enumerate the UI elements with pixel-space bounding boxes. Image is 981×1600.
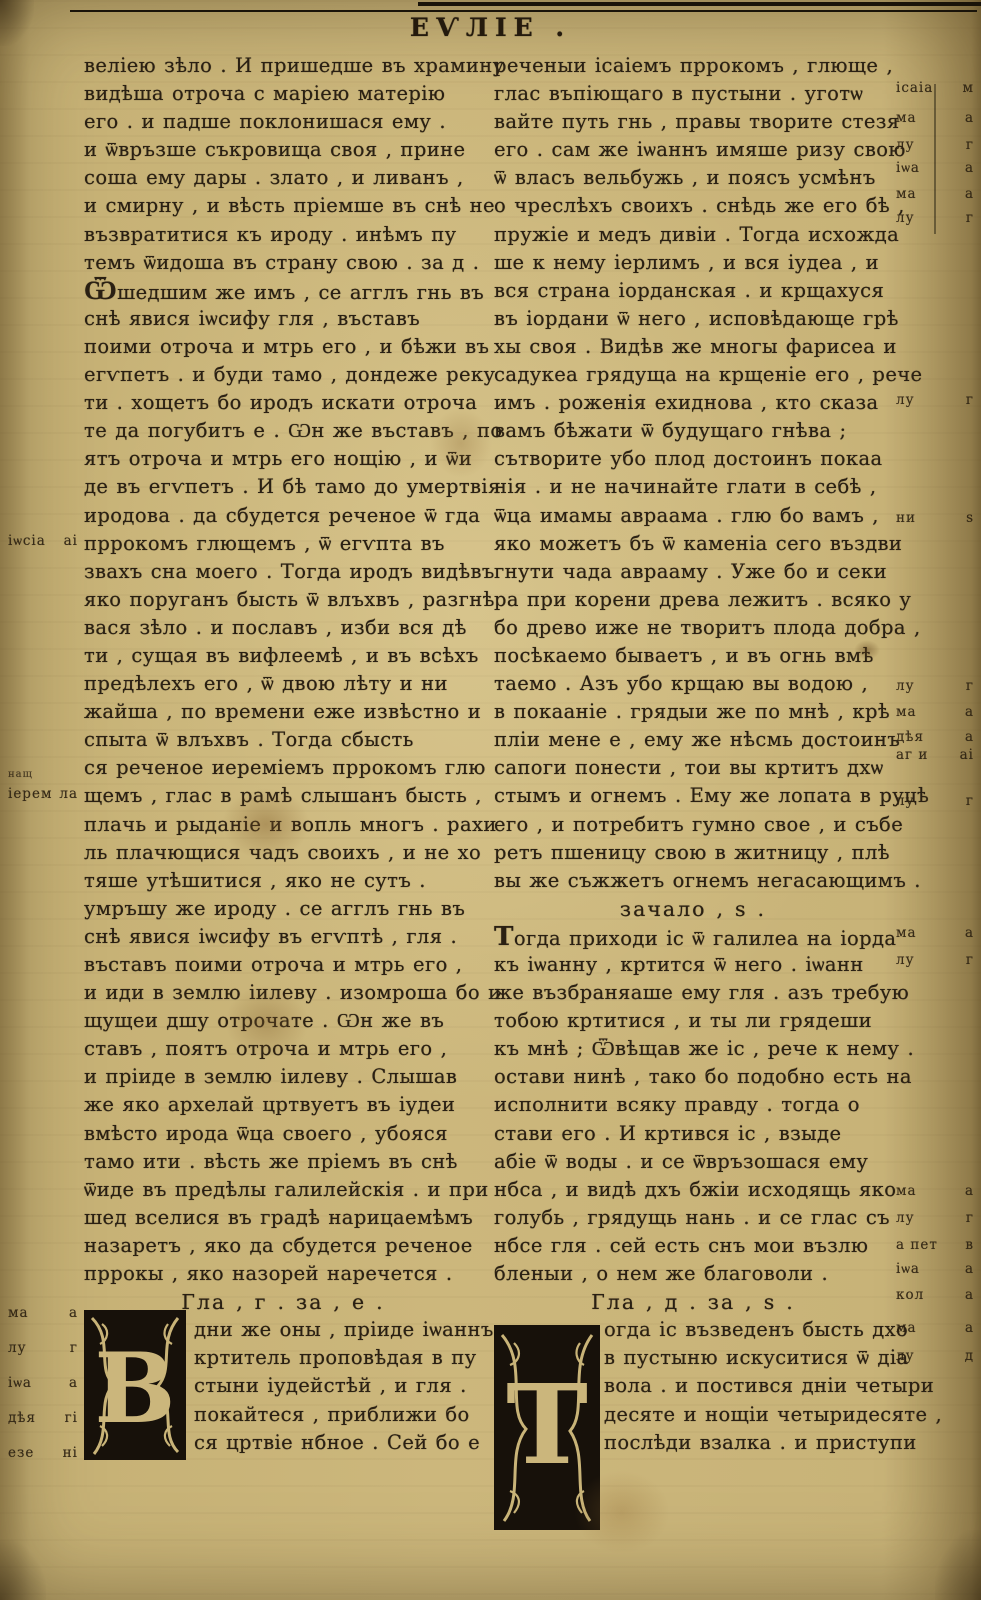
margin-note-book: аг и [896, 747, 928, 763]
text-line: и пріиде в землю іилеву . Слышав [84, 1063, 482, 1091]
margin-note-book: іѡсіа [8, 533, 46, 549]
margin-note-book: кол [896, 1287, 924, 1303]
column-left: веліею зѣло . И пришедше въ храминувидѣш… [84, 52, 482, 1457]
margin-note: езені [8, 1445, 78, 1461]
text-line: остави нинѣ , тако бо подобно есть на [494, 1063, 892, 1091]
margin-note-number: м [962, 80, 974, 96]
text-line: вся страна іорданская . и крщахуся [494, 277, 892, 305]
text-line: абіе ѿ воды . и се ѿвръзошася ему [494, 1148, 892, 1176]
margin-note: маа [896, 110, 974, 126]
text-line: спыта ѿ влъхвъ . Тогда сбысть [84, 726, 482, 754]
margin-note: маа [896, 1183, 974, 1199]
woodcut-initial-t: Т [494, 1325, 600, 1530]
margin-note: луг [896, 1210, 974, 1226]
running-head: ЕѴЛІЕ . [0, 13, 981, 42]
margin-note-number: ла [59, 786, 78, 802]
margin-note: маа [896, 704, 974, 720]
margin-note: маа [896, 925, 974, 941]
text-line: и ѿвръзше съкровища своя , прине [84, 136, 482, 164]
text-line: снѣ явися іѡсифу гля , въставъ [84, 305, 482, 333]
margin-note-book: лу [896, 1348, 915, 1364]
text-line: темъ ѿидоша въ страну свою . за д . [84, 249, 482, 277]
text-line: егѵпетъ . и буди тамо , дондеже реку [84, 361, 482, 389]
margin-note: ниѕ [896, 510, 974, 526]
text-line: покайтеся , приближи бо [194, 1401, 482, 1429]
text-line: нбса , и видѣ дхъ бжіи исходящь яко [494, 1176, 892, 1204]
margin-note-number: г [966, 1210, 974, 1226]
margin-note-number: а [965, 1261, 974, 1277]
text-line: къ іѡанну , кртится ѿ него . іѡанн [494, 951, 892, 979]
text-line: пліи мене е , ему же нѣсмь достоинъ [494, 726, 892, 754]
text-line: ти . хощетъ бо иродъ искати отроча [84, 389, 482, 417]
margin-note: маа [896, 186, 974, 202]
text-line: дни же оны , пріиде іѡаннъ [194, 1316, 482, 1344]
margin-note: нащ [8, 769, 78, 780]
text-line: садукеа грядуща на крщеніе его , рече [494, 361, 892, 389]
text-line: вася зѣло . и пославъ , изби вся дѣ [84, 614, 482, 642]
margin-note-number: в [965, 1237, 974, 1253]
margin-note: луг [8, 1340, 78, 1356]
text-line: вамъ бѣжати ѿ будущаго гнѣва ; [494, 417, 892, 445]
margin-note: іѡсіааі [8, 533, 78, 549]
margin-note-book: ма [896, 1320, 917, 1336]
text-line: въ іордани ѿ него , исповѣдающе грѣ [494, 305, 892, 333]
margin-note-book: ісаіа [896, 80, 933, 96]
margin-note-number: а [965, 160, 974, 176]
margin-note-book: ни [896, 510, 916, 526]
text-line: бленыи , о нем же благоволи . [494, 1260, 892, 1288]
text-line: назаретъ , яко да сбудется реченое [84, 1232, 482, 1260]
margin-note-number: а [965, 1287, 974, 1303]
text-line: и иди в землю іилеву . изомроша бо и [84, 979, 482, 1007]
text-line: его . сам же іѡаннъ имяше ризу свою [494, 136, 892, 164]
woodcut-initial-v: В [84, 1310, 186, 1460]
margin-note: іѡаа [8, 1375, 78, 1391]
text-line: сътворите убо плод достоинъ покаа [494, 445, 892, 473]
margin-note-number: а [965, 110, 974, 126]
margin-note-number: а [69, 1305, 78, 1321]
text-line: щущеи дшу отрочате . Ѡн же въ [84, 1007, 482, 1035]
margin-note-number: г [966, 678, 974, 694]
margin-note-number: а [965, 925, 974, 941]
section-heading: Гла , д . за , ѕ . [494, 1288, 892, 1316]
margin-note: луг [896, 392, 974, 408]
text-line: видѣша отроча с маріею матерію [84, 80, 482, 108]
text-line: вола . и постився дніи четыри [604, 1372, 892, 1400]
text-line: щемъ , глас в рамѣ слышанъ бысть , [84, 782, 482, 810]
margin-note: маа [896, 1320, 974, 1336]
text-line: глас въпіющаго в пустыни . уготѡ [494, 80, 892, 108]
text-line: же яко архелай цртвуетъ въ іудеи [84, 1091, 482, 1119]
top-rule-thin [70, 10, 977, 12]
text-line: бо древо иже не творитъ плода добра , [494, 614, 892, 642]
text-line: стави его . И кртився іс , взыде [494, 1120, 892, 1148]
text-line: ѿца имамы авраама . глю бо вамъ , [494, 502, 892, 530]
text-line: шед вселися въ градѣ нарицаемѣмъ [84, 1204, 482, 1232]
margin-note: луг [896, 678, 974, 694]
margin-note-book: лу [8, 1340, 27, 1356]
text-line: соша ему дары . злато , и ливанъ , [84, 164, 482, 192]
margin-note: маа [8, 1305, 78, 1321]
text-line: ти , сущая въ вифлеемѣ , и въ всѣхъ [84, 642, 482, 670]
text-line: яко поруганъ бысть ѿ влъхвъ , разгнѣ [84, 586, 482, 614]
svg-text:Т: Т [506, 1360, 588, 1489]
text-line: ра при корени древа лежитъ . всяко у [494, 586, 892, 614]
text-line: де въ егѵпетъ . И бѣ тамо до умертвія [84, 473, 482, 501]
margin-note: іѡаа [896, 160, 974, 176]
margin-note: аг иаі [896, 747, 974, 763]
margin-note-number: г [966, 793, 974, 809]
text-line: в пустыню искуситися ѿ діа [604, 1344, 892, 1372]
text-line: голубь , грядущь нань . и се глас съ [494, 1204, 892, 1232]
margin-note: дѣягі [8, 1410, 78, 1426]
text-line: исполнити всяку правду . тогда о [494, 1091, 892, 1119]
text-line: кртитель проповѣдая в пу [194, 1344, 482, 1372]
margin-note-book: а пет [896, 1237, 938, 1253]
text-line: въставъ поими отроча и мтрь его , [84, 951, 482, 979]
text-line: реченыи ісаіемъ пррокомъ , глюще , [494, 52, 892, 80]
text-line: стыни іудейстѣй , и гля . [194, 1372, 482, 1400]
margin-left: іѡсіааінащіеремламаалугіѡаадѣягіезені [8, 0, 78, 1600]
margin-note-number: гі [65, 1410, 78, 1426]
margin-note-number: а [965, 704, 974, 720]
text-line: нія . и не начинайте глати в себѣ , [494, 473, 892, 501]
text-line: звахъ сна моего . Тогда иродъ видѣвъ [84, 558, 482, 586]
text-line: вы же съжжетъ огнемъ негасающимъ . [494, 867, 892, 895]
margin-note: луг [896, 793, 974, 809]
text-line: ятъ отроча и мтрь его нощію , и ѿи [84, 445, 482, 473]
margin-note: кола [896, 1287, 974, 1303]
text-line: умръшу же ироду . се агглъ гнь въ [84, 895, 482, 923]
margin-note-number: ѕ [966, 510, 974, 526]
text-line: гнути чада аврааму . Уже бо и секи [494, 558, 892, 586]
margin-note: ісаіам [896, 80, 974, 96]
margin-note-number: г [966, 210, 974, 226]
margin-note-number: г [966, 137, 974, 153]
margin-note-book: лу [896, 137, 915, 153]
margin-note-number: г [70, 1340, 78, 1356]
text-line: пррокомъ глющемъ , ѿ егѵпта въ [84, 530, 482, 558]
text-line: посѣкаемо бываетъ , и въ огнь вмѣ [494, 642, 892, 670]
text-line: възвратитися къ ироду . инѣмъ пу [84, 221, 482, 249]
text-line: имъ . роженія ехиднова , кто сказа [494, 389, 892, 417]
text-line: сапоги понести , тои вы кртитъ дхѡ [494, 754, 892, 782]
text-line: жайша , по времени еже извѣстно и [84, 698, 482, 726]
text-line: ся реченое иереміемъ пррокомъ глю [84, 754, 482, 782]
text-line: о чреслѣхъ своихъ . снѣдь же его бѣ , [494, 192, 892, 220]
text-line: вмѣсто ирода ѿца своего , убояся [84, 1120, 482, 1148]
margin-note: луг [896, 137, 974, 153]
margin-note-book: дѣя [896, 729, 924, 745]
text-line: ль плачющися чадъ своихъ , и не хо [84, 839, 482, 867]
margin-note-book: лу [896, 392, 915, 408]
text-line: тяше утѣшитися , яко не сутъ . [84, 867, 482, 895]
margin-note-book: ма [8, 1305, 29, 1321]
text-line: плачь и рыданіе и вопль многъ . рахи [84, 811, 482, 839]
margin-note-number: а [69, 1375, 78, 1391]
text-line: пружіе и медъ дивіи . Тогда исхожда [494, 221, 892, 249]
column-right: реченыи ісаіемъ пррокомъ , глюще ,глас в… [494, 52, 892, 1457]
text-line: яко можетъ бъ ѿ каменіа сего въздви [494, 530, 892, 558]
margin-note-book: лу [896, 1210, 915, 1226]
text-line: хы своя . Видѣв же многы фарисеа и [494, 333, 892, 361]
margin-note-book: іѡа [896, 160, 920, 176]
margin-note: іѡаа [896, 1261, 974, 1277]
text-line: ѿиде въ предѣлы галилейскія . и при [84, 1176, 482, 1204]
text-line: и смирну , и вѣсть пріемше въ снѣ не [84, 192, 482, 220]
margin-note-number: а [965, 729, 974, 745]
margin-note-number: г [966, 392, 974, 408]
text-line: его . и падше поклонишася ему . [84, 108, 482, 136]
margin-note-book: лу [896, 952, 915, 968]
margin-note-book: лу [896, 793, 915, 809]
text-line: ше к нему іерлимъ , и вся іудеа , и [494, 249, 892, 277]
margin-note-number: аі [960, 747, 974, 763]
text-line: тобою кртитися , и ты ли грядеши [494, 1007, 892, 1035]
margin-note: а петв [896, 1237, 974, 1253]
margin-note-book: езе [8, 1445, 34, 1461]
text-line: те да погубитъ е . Ѡн же въставъ , по [84, 417, 482, 445]
margin-note-book: іѡа [896, 1261, 920, 1277]
text-line: нбсе гля . сей есть снъ мои възлю [494, 1232, 892, 1260]
text-line: же възбраняаше ему гля . азъ требую [494, 979, 892, 1007]
margin-note-book: іерем [8, 786, 52, 802]
text-line: вайте путь гнь , правы творите стезя [494, 108, 892, 136]
text-line: къ мнѣ ; Ѿвѣщав же іс , рече к нему . [494, 1035, 892, 1063]
margin-note-book: дѣя [8, 1410, 36, 1426]
margin-note-book: іѡа [8, 1375, 32, 1391]
text-line: поими отроча и мтрь его , и бѣжи въ [84, 333, 482, 361]
text-line: ся цртвіе нбное . Сей бо е [194, 1429, 482, 1457]
text-line: таемо . Азъ убо крщаю вы водою , [494, 670, 892, 698]
margin-note: луг [896, 210, 974, 226]
margin-note-book: ма [896, 186, 917, 202]
margin-note: луг [896, 952, 974, 968]
text-line: его , и потребитъ гумно свое , и събе [494, 811, 892, 839]
text-line: послѣди взалка . и приступи [604, 1429, 892, 1457]
text-line: иродова . да сбудется реченое ѿ гда [84, 502, 482, 530]
text-line: тамо ити . вѣсть же пріемъ въ снѣ [84, 1148, 482, 1176]
margin-note-number: а [965, 1320, 974, 1336]
margin-note: іеремла [8, 786, 78, 802]
margin-note-book: лу [896, 210, 915, 226]
text-line: стымъ и огнемъ . Ему же лопата в руцѣ [494, 782, 892, 810]
text-line: десяте и нощіи четыридесяте , [604, 1401, 892, 1429]
text-line: огда іс възведенъ бысть дхо [604, 1316, 892, 1344]
margin-note-book: ма [896, 1183, 917, 1199]
text-line: пррокы , яко назорей наречется . [84, 1260, 482, 1288]
margin-note-number: а [965, 1183, 974, 1199]
margin-note: дѣяа [896, 729, 974, 745]
margin-note-book: ма [896, 110, 917, 126]
text-line: ставъ , поятъ отроча и мтрь его , [84, 1035, 482, 1063]
margin-right: ісаіаммаалугіѡаамаалуглугниѕлугмаадѣяааг… [896, 0, 974, 1600]
text-line: предѣлехъ его , ѿ двою лѣту и ни [84, 670, 482, 698]
margin-note-number: г [966, 952, 974, 968]
book-page: ЕѴЛІЕ . веліею зѣло . И пришедше въ храм… [0, 0, 981, 1600]
text-line: ретъ пшеницу свою в житницу , плѣ [494, 839, 892, 867]
margin-note-book: ма [896, 925, 917, 941]
text-line: снѣ явися іѡсифу въ егѵптѣ , гля . [84, 923, 482, 951]
section-heading: зачало , ѕ . [494, 895, 892, 923]
margin-note-number: ні [63, 1445, 78, 1461]
margin-note-number: аі [64, 533, 78, 549]
svg-text:В: В [94, 1332, 175, 1445]
margin-note-number: а [965, 186, 974, 202]
margin-note-book: лу [896, 678, 915, 694]
text-line: ѿ власъ вельбужь , и поясъ усмѣнъ [494, 164, 892, 192]
text-line: Тогда приходи іс ѿ галилеа на іорда [494, 923, 892, 951]
text-line: веліею зѣло . И пришедше въ храмину [84, 52, 482, 80]
text-line: Ѿшедшим же имъ , се агглъ гнь въ [84, 277, 482, 305]
margin-note-book: ма [896, 704, 917, 720]
text-line: в покааніе . грядыи же по мнѣ , крѣ [494, 698, 892, 726]
margin-note: луд [896, 1348, 974, 1364]
margin-note-number: д [965, 1348, 974, 1364]
